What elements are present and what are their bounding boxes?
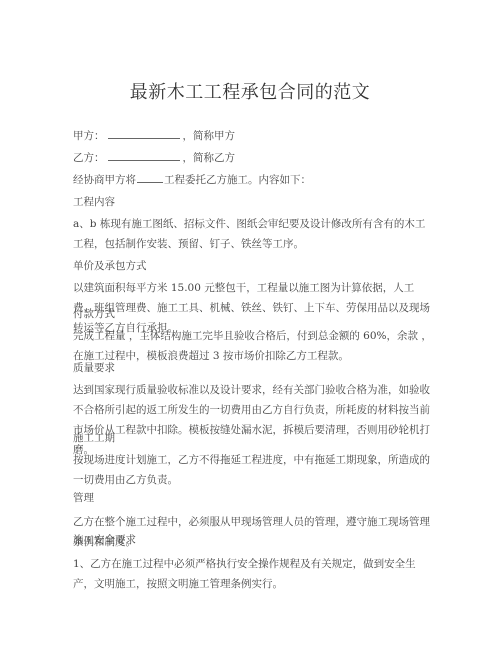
intro-prefix: 经协商甲方将 [73,174,136,186]
party-b-blank [108,149,180,161]
section-body: a、b 栋现有施工图纸、招标文件、图纸会审纪要及设计修改所有含有的木工工程，包括… [73,214,433,254]
section-body: 完成工程量 ，主体结构施工完毕且验收合格后，付到总金额的 60%，余款 ，在施工… [73,326,433,366]
party-a-label: 甲方： [73,130,105,142]
party-a-blank [108,127,180,139]
party-a-suffix: ，简称甲方 [183,130,236,142]
party-b-line: 乙方：，简称乙方 [73,148,235,168]
section-body: 1、乙方在施工过程中必须严格执行安全操作规程及有关规定，做到安全生产，文明施工，… [73,554,433,594]
section-heading: 工程内容 [73,192,115,212]
party-a-line: 甲方：，简称甲方 [73,126,235,146]
intro-suffix: 工程委托乙方施工。内容如下： [164,174,311,186]
intro-line: 经协商甲方将工程委托乙方施工。内容如下： [73,170,311,190]
section-body: 达到国家现行质量验收标准以及设计要求，经有关部门验收合格为准，如验收不合格所引起… [73,380,433,460]
project-name-blank [137,171,163,183]
section-heading: 付款方式 [73,304,115,324]
section-heading: 管理 [73,488,94,508]
section-heading: 质量要求 [73,358,115,378]
party-b-suffix: ，简称乙方 [183,152,236,164]
section-heading: 单价及承包方式 [73,256,147,276]
party-b-label: 乙方： [73,152,105,164]
section-heading: 施工工期 [73,428,115,448]
section-heading: 施工安全要求 [73,530,136,550]
document-title: 最新木工工程承包合同的范文 [0,78,500,104]
document-page: 最新木工工程承包合同的范文 甲方：，简称甲方 乙方：，简称乙方 经协商甲方将工程… [0,0,500,647]
section-body: 按现场进度计划施工，乙方不得拖延工程进度，中有拖延工期现象，所造成的一切费用由乙… [73,450,433,490]
